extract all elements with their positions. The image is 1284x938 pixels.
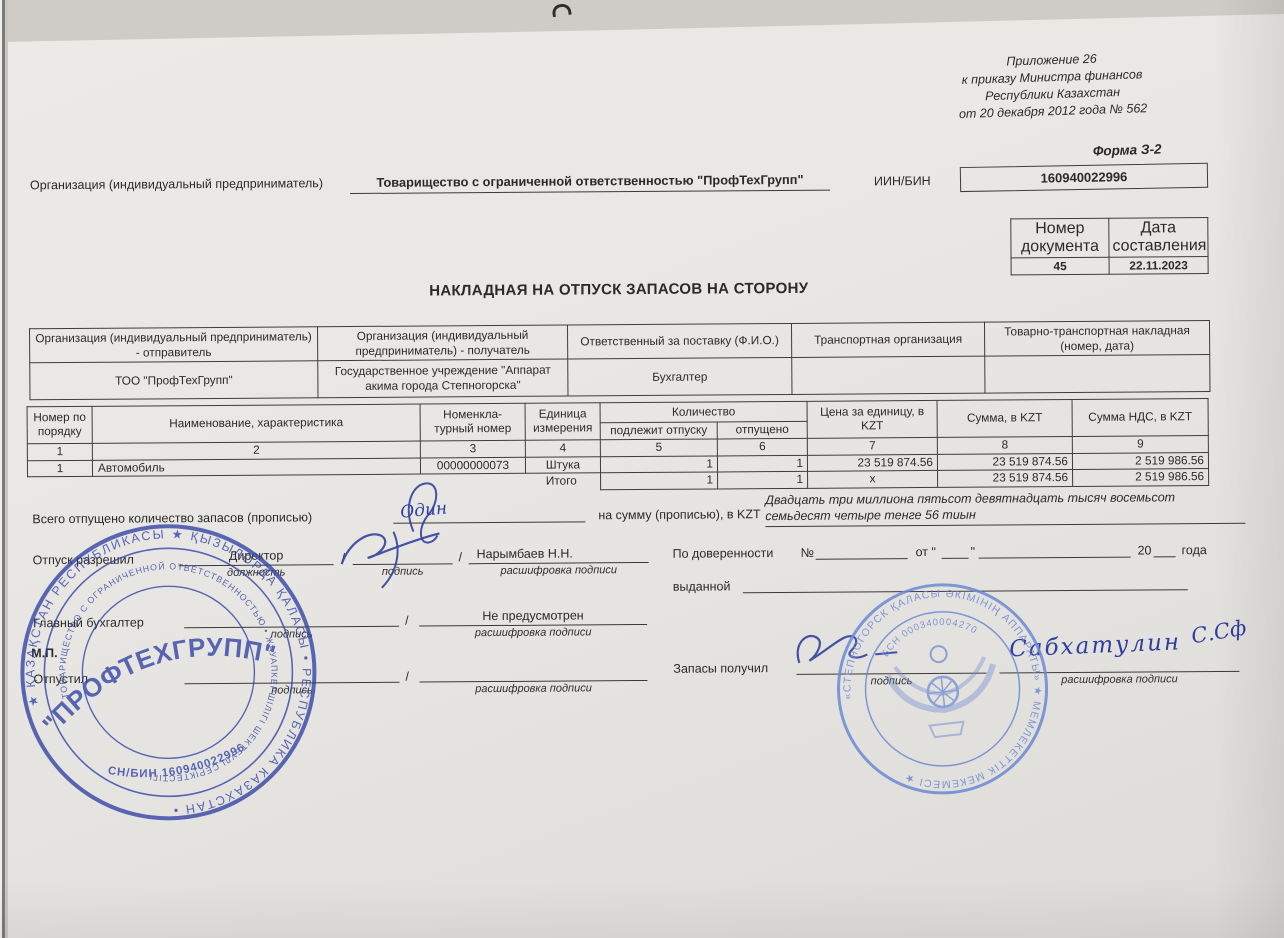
hint-name: расшифровка подписи (999, 673, 1239, 687)
bin-value-box: 160940022996 (960, 163, 1208, 192)
hint-sign: подпись (184, 684, 399, 698)
released-name-line (419, 664, 647, 683)
hint-name: расшифровка подписи (419, 682, 647, 696)
proxy-date-line (979, 541, 1131, 559)
proxy-quote: " (971, 545, 976, 559)
proxy-day-line (942, 542, 969, 559)
slash: / (405, 670, 409, 684)
issued-label: выданной (673, 579, 731, 593)
doc-date-header: Дата составления (1109, 218, 1208, 258)
hint-name: расшифровка подписи (469, 564, 649, 577)
sum-words-label: на сумму (прописью), в KZT (598, 507, 760, 522)
svg-text:СН/БИН 160940022996: СН/БИН 160940022996 (104, 731, 249, 796)
proxy-year: года (1182, 543, 1207, 557)
item-qty-due: 1 (600, 456, 717, 473)
hint-position: должность (179, 566, 334, 579)
items-header-nomenclature: Номенкла- турный номер (420, 403, 525, 441)
parties-header-transport: Транспортная организация (791, 322, 984, 357)
items-header-price: Цена за единицу, в KZT (807, 400, 937, 438)
appendix-block: Приложение 26 к приказу Министра финансо… (886, 47, 1218, 125)
stamp-right-outer-ring-text: «СТЕПНОГОРСК ҚАЛАСЫ ӘКІМІНІҢ АППАРАТЫ» ★… (831, 577, 1054, 800)
handwritten-signature-director (335, 525, 455, 592)
mp-label: М.П. (31, 646, 57, 660)
scan-right-shade (1214, 0, 1284, 938)
chief-name-value: Не предусмотрен (419, 608, 647, 627)
svg-text:«СТЕПНОГОРСК ҚАЛАСЫ ӘКІМІНІҢ А: «СТЕПНОГОРСК ҚАЛАСЫ ӘКІМІНІҢ АППАРАТЫ» ★… (831, 577, 1054, 800)
proxy-no: № (801, 546, 815, 560)
total-label: Итого (526, 473, 601, 490)
parties-header-sender: Организация (индивидуальный предпринимат… (30, 327, 318, 363)
scanned-document-photo: Приложение 26 к приказу Министра финансо… (0, 0, 1284, 938)
item-num: 1 (27, 460, 92, 477)
doc-number-table: Номер документа Дата составления 45 22.1… (1010, 217, 1208, 276)
colnum: 7 (807, 437, 937, 454)
document-title: НАКЛАДНАЯ НА ОТПУСК ЗАПАСОВ НА СТОРОНУ (0, 277, 1239, 303)
item-qty-released: 1 (717, 455, 807, 472)
responsible-value: Бухгалтер (568, 357, 792, 396)
items-header-vat: Сумма НДС, в KZT (1072, 399, 1208, 437)
release-name-value: Нарымбаев Н.Н. (469, 546, 649, 564)
items-header-unit: Единица измерения (525, 403, 600, 441)
item-nomenclature: 00000000073 (420, 457, 525, 474)
transport-value (792, 356, 985, 394)
items-header-quantity: Количество (600, 401, 807, 422)
colnum: 4 (525, 440, 600, 457)
total-vat: 2 519 986.56 (1073, 469, 1209, 487)
bin-label: ИИН/БИН (874, 174, 931, 188)
bin-value: 160940022996 (1040, 169, 1127, 186)
sender-value: ТОО "ПрофТехГрупп" (30, 361, 318, 400)
item-unit: Штука (525, 456, 600, 473)
item-sum: 23 519 874.56 (937, 453, 1072, 471)
receiver-value: Государственное учреждение "Аппарат аким… (318, 359, 568, 398)
items-header-name: Наименование, характеристика (92, 404, 420, 443)
chief-accountant-label: Главный бухгалтер (33, 615, 144, 630)
waybill-value (985, 355, 1210, 394)
released-label: Отпустил (33, 672, 88, 686)
stamp-left-bin-text: СН/БИН 160940022996 (104, 731, 249, 796)
hint-name: расшифровка подписи (419, 626, 647, 640)
total-qty-due: 1 (601, 472, 718, 489)
sum-words-line2: семьдесят четыре тенге 56 тиын (765, 505, 1245, 527)
scan-bottom-shade (0, 878, 1284, 938)
items-header-num: Номер по порядку (27, 406, 92, 443)
items-header-qty-due: подлежит отпуску (600, 422, 717, 440)
colnum: 8 (937, 436, 1072, 454)
state-stamp-stepnogorsk: «СТЕПНОГОРСК ҚАЛАСЫ ӘКІМІНІҢ АППАРАТЫ» ★… (815, 562, 1069, 816)
received-label: Запасы получил (673, 661, 768, 676)
proxy-20: 20 (1138, 543, 1152, 557)
released-sign-line (184, 666, 399, 685)
colnum: 6 (717, 438, 807, 455)
colnum: 3 (420, 440, 525, 457)
doc-date-value: 22.11.2023 (1109, 257, 1208, 275)
colnum: 9 (1072, 436, 1208, 454)
handwritten-signature-received (791, 628, 911, 677)
proxy-no-line (816, 542, 908, 560)
parties-header-waybill: Товарно-транспортная накладная (номер, д… (984, 321, 1209, 357)
colnum: 1 (27, 443, 92, 460)
chief-sign-line (184, 610, 399, 629)
organization-value: Товарищество с ограниченной ответственно… (350, 172, 830, 194)
items-header-qty-released: отпущено (717, 421, 807, 439)
hint-sign: подпись (184, 628, 399, 642)
total-qty-released: 1 (718, 471, 808, 488)
item-vat: 2 519 986.56 (1072, 452, 1208, 470)
proxy-ot: от " (916, 545, 936, 559)
total-sum: 23 519 874.56 (938, 470, 1073, 488)
parties-header-receiver: Организация (индивидуальный предпринимат… (317, 325, 567, 361)
issued-line (743, 573, 1188, 593)
total-price-x: x (808, 471, 938, 488)
items-table: Номер по порядку Наименование, характери… (27, 398, 1210, 494)
colnum: 5 (600, 439, 717, 456)
doc-number-header: Номер документа (1011, 218, 1109, 258)
proxy-year-line (1154, 540, 1176, 557)
slash: / (459, 550, 463, 564)
sum-words-value: Двадцать три миллиона пятьсот девятнадца… (765, 490, 1245, 527)
release-position-value: Директор (179, 548, 334, 566)
slash: / (405, 614, 409, 628)
proxy-label: По доверенности (673, 546, 774, 561)
doc-number-value: 45 (1011, 257, 1109, 275)
form-number-label: Форма З-2 (1093, 142, 1162, 159)
item-price: 23 519 874.56 (807, 454, 937, 471)
items-header-sum: Сумма, в KZT (937, 399, 1072, 437)
organization-label: Организация (индивидуальный предпринимат… (30, 176, 323, 192)
parties-table: Организация (индивидуальный предпринимат… (29, 320, 1210, 400)
parties-header-responsible: Ответственный за поставку (Ф.И.О.) (567, 323, 791, 359)
parties-row: ТОО "ПрофТехГрупп" Государственное учреж… (30, 355, 1210, 400)
qty-words-label: Всего отпущено количество запасов (пропи… (32, 510, 312, 526)
release-label: Отпуск разрешил (33, 553, 134, 568)
